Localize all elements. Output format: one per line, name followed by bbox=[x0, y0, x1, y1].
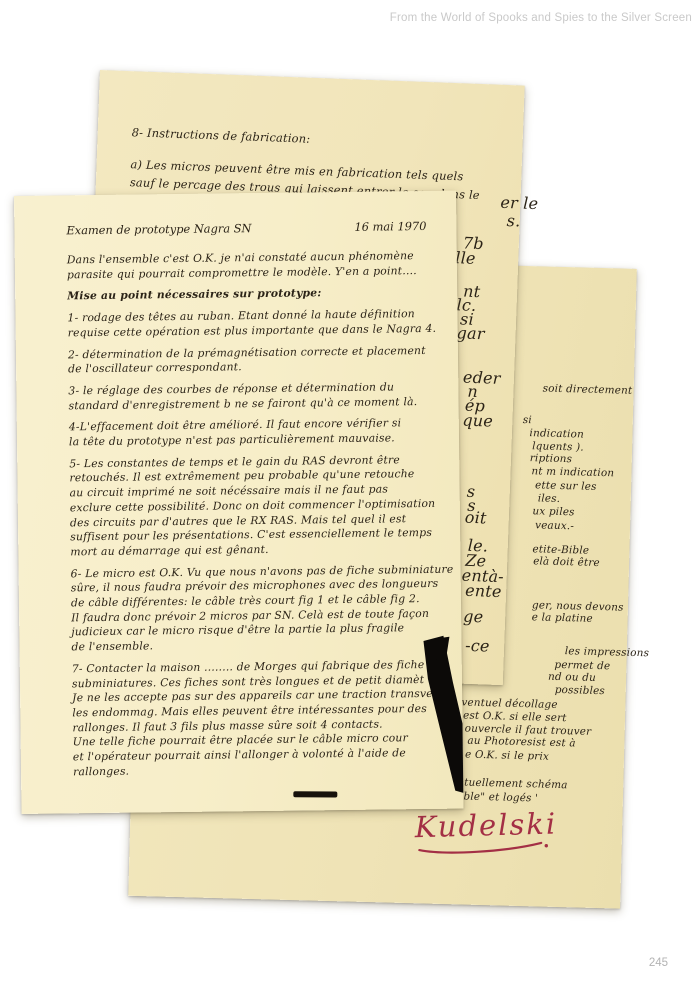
examen-paragraph: 3- le réglage des courbes de réponse et … bbox=[68, 380, 450, 414]
typewritten-line: au Photoresist est à bbox=[467, 735, 576, 750]
typewritten-line: soit directement bbox=[543, 382, 633, 396]
typewritten-line: que bbox=[462, 411, 493, 431]
instructions-clipped-fragments: er les.7bllentlc.sigaredernépquessoitle.… bbox=[100, 70, 525, 86]
instructions-heading: 8- Instructions de fabrication: bbox=[131, 123, 501, 155]
typewritten-line: elà doit être bbox=[533, 555, 600, 569]
typewritten-line: lle bbox=[455, 248, 476, 268]
typewritten-line: oit bbox=[465, 508, 487, 528]
examen-paragraph: 5- Les constantes de temps et le gain du… bbox=[69, 452, 452, 560]
kudelski-signature: Kudelski bbox=[414, 808, 565, 861]
typewritten-line: ventuel décollage bbox=[461, 696, 558, 711]
typewritten-line: les impressions bbox=[565, 645, 650, 659]
typewritten-line: veaux.- bbox=[535, 519, 574, 532]
typewritten-line: -ce bbox=[465, 636, 490, 656]
page-number: 245 bbox=[649, 957, 668, 969]
running-header: From the World of Spooks and Spies to th… bbox=[262, 12, 692, 24]
typewritten-line: Mise au point nécessaires sur prototype: bbox=[67, 285, 449, 304]
typewritten-line: si bbox=[523, 414, 532, 426]
typewritten-line: e la platine bbox=[532, 611, 593, 625]
signature-underline bbox=[415, 840, 555, 858]
examen-paragraph: 7- Contacter la maison ........ de Morge… bbox=[72, 658, 455, 780]
document-page-examen: Examen de prototype Nagra SN 16 mai 1970… bbox=[14, 191, 464, 814]
typewritten-line: gar bbox=[456, 323, 485, 343]
examen-body: Dans l'ensemble c'est O.K. je n'ai const… bbox=[67, 249, 455, 787]
examen-paragraph: 6- Le micro est O.K. Vu que nous n'avons… bbox=[71, 562, 454, 655]
typewritten-line: s. bbox=[506, 211, 520, 230]
typewritten-line: ntuellement schéma bbox=[457, 776, 568, 791]
typewritten-line: indication bbox=[529, 427, 584, 440]
examen-paragraph: Mise au point nécessaires sur prototype: bbox=[67, 285, 449, 304]
examen-paragraph: 2- détermination de la prémagnétisation … bbox=[68, 343, 450, 377]
typewritten-line: er le bbox=[500, 193, 538, 213]
examen-date: 16 mai 1970 bbox=[354, 219, 426, 234]
typewritten-line: nt m indication bbox=[531, 465, 614, 479]
typewritten-line: ible" et logés ' bbox=[460, 790, 539, 804]
typewritten-line: ette sur les bbox=[535, 479, 597, 493]
typewritten-line: e O.K. si le prix bbox=[465, 749, 549, 763]
examen-paragraph: 4-L'effacement doit être amélioré. Il fa… bbox=[69, 416, 451, 450]
typewritten-line: riptions bbox=[530, 452, 573, 465]
typewritten-line: nd ou du bbox=[548, 671, 596, 684]
examen-title-row: Examen de prototype Nagra SN 16 mai 1970 bbox=[66, 219, 426, 237]
book-page: { "book": { "header": "From the World of… bbox=[0, 0, 700, 981]
typewritten-line: ente bbox=[465, 581, 502, 601]
examen-paragraph: 1- rodage des têtes au ruban. Etant donn… bbox=[67, 307, 449, 341]
typewritten-line: ge bbox=[463, 607, 484, 627]
typewritten-line: possibles bbox=[555, 684, 605, 697]
typewritten-line: iles. bbox=[538, 492, 561, 505]
examen-title: Examen de prototype Nagra SN bbox=[66, 221, 251, 237]
typewritten-line: ux piles bbox=[532, 505, 575, 518]
examen-paragraph: Dans l'ensemble c'est O.K. je n'ai const… bbox=[67, 249, 449, 283]
signature-text: Kudelski bbox=[414, 808, 565, 842]
